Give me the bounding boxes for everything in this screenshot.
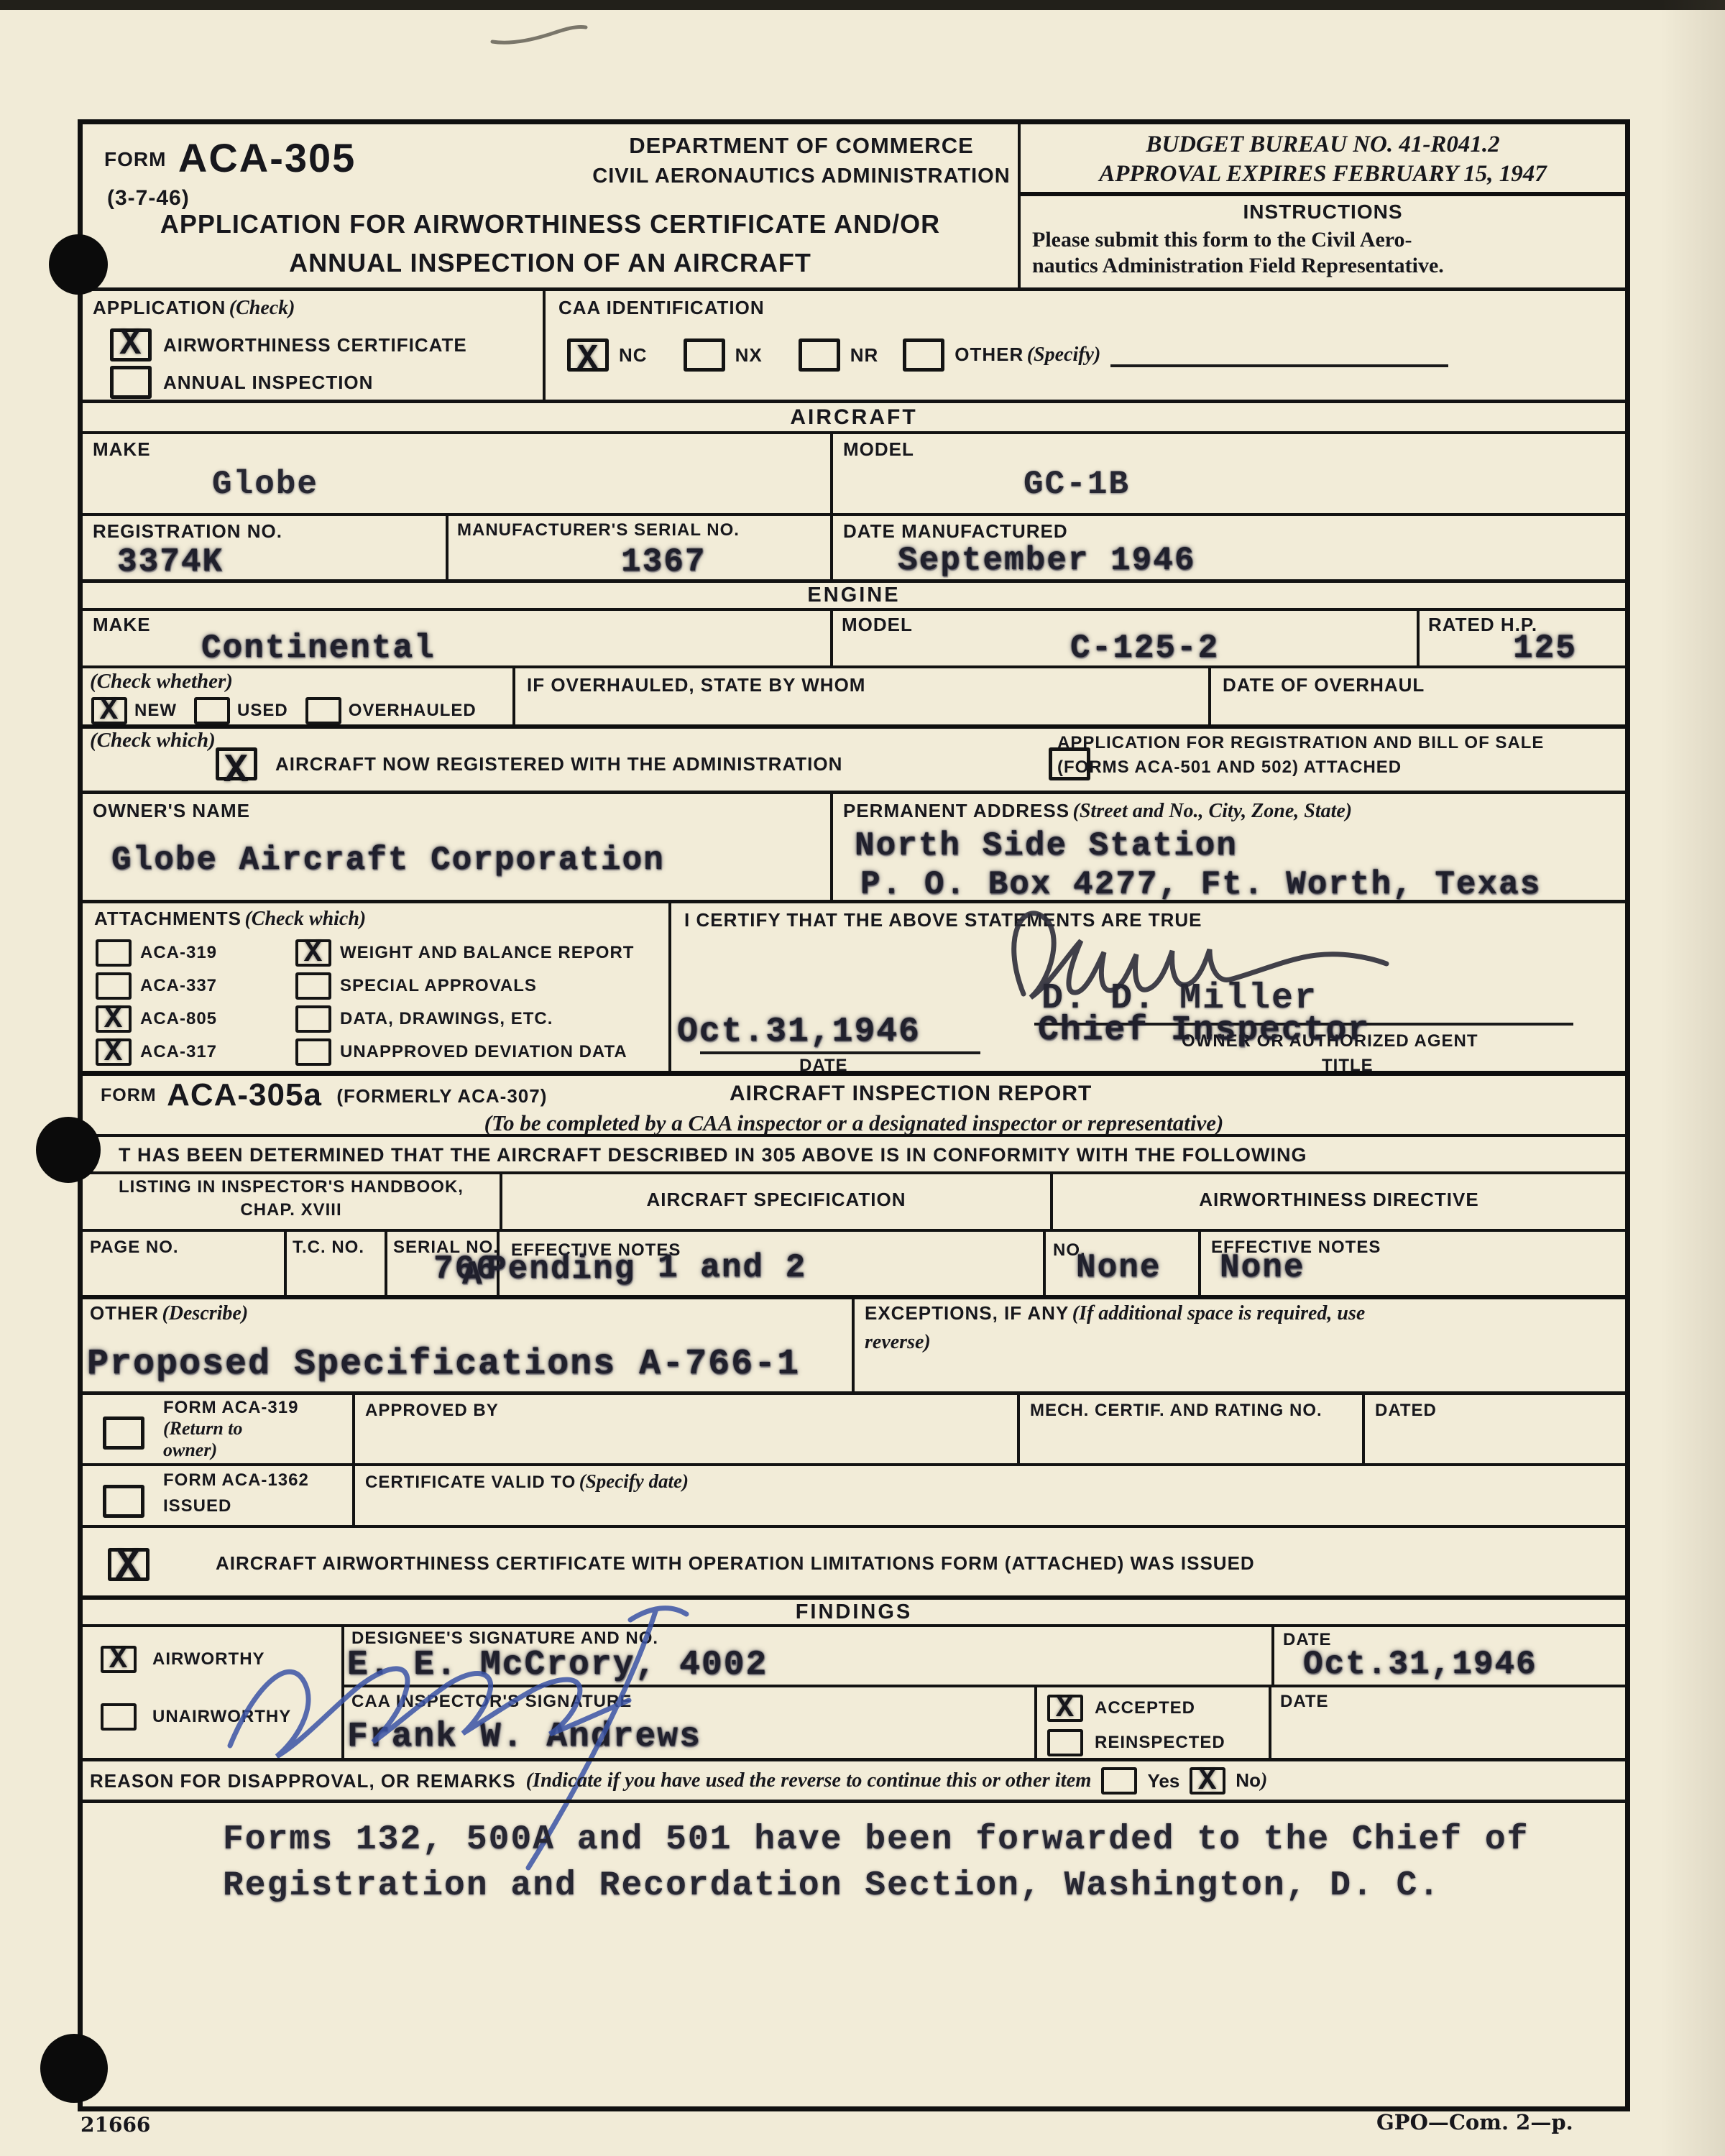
owner-name-label: OWNER'S NAME bbox=[93, 800, 250, 822]
budget-bureau-line1: BUDGET BUREAU NO. 41-R041.2 bbox=[1021, 132, 1625, 158]
header-right-cell: BUDGET BUREAU NO. 41-R041.2 APPROVAL EXP… bbox=[1018, 124, 1625, 287]
instructions-line2: nautics Administration Field Representat… bbox=[1032, 254, 1625, 278]
report-form-label: FORM bbox=[101, 1085, 157, 1105]
aircraft-model-label: MODEL bbox=[843, 438, 914, 461]
registration-no-value: 3374K bbox=[117, 543, 224, 581]
special-approvals-checkbox bbox=[295, 972, 331, 1000]
remarks-header-row: REASON FOR DISAPPROVAL, OR REMARKS (Indi… bbox=[83, 1758, 1625, 1800]
caa-inspector-name: Frank W. Andrews bbox=[347, 1718, 701, 1756]
aca-805-label: ACA-805 bbox=[140, 1009, 217, 1029]
date-manufactured-value: September 1946 bbox=[898, 542, 1195, 579]
registered-checkbox: X bbox=[216, 747, 257, 780]
caa-identification-label: CAA IDENTIFICATION bbox=[558, 297, 765, 319]
aca-319-return-note1: (Return to bbox=[163, 1418, 298, 1439]
reinspected-checkbox bbox=[1047, 1729, 1083, 1756]
weight-balance-checkbox: X bbox=[295, 939, 331, 967]
instructions-line1: Please submit this form to the Civil Aer… bbox=[1032, 228, 1625, 252]
annual-inspection-label: ANNUAL INSPECTION bbox=[163, 372, 373, 394]
caa-identification-cell: CAA IDENTIFICATION X NC NX NR OTHER (Spe… bbox=[543, 291, 1625, 400]
remarks-body: Forms 132, 500A and 501 have been forwar… bbox=[83, 1800, 1625, 2106]
engine-model-cell: MODEL C-125-2 bbox=[830, 611, 1417, 665]
footer-form-number: 21666 bbox=[80, 2113, 150, 2137]
other-checkbox bbox=[903, 338, 944, 372]
attachments-label: ATTACHMENTS bbox=[94, 908, 241, 929]
manufacturer-serial-cell: MANUFACTURER'S SERIAL NO. 1367 bbox=[446, 516, 830, 579]
aca-317-label: ACA-317 bbox=[140, 1042, 217, 1062]
findings-title: FINDINGS bbox=[796, 1600, 913, 1624]
hole-punch bbox=[49, 234, 108, 295]
directive-no-value: None bbox=[1076, 1249, 1161, 1286]
other-describe-value: Proposed Specifications A-766-1 bbox=[87, 1344, 800, 1385]
owner-name-value: Globe Aircraft Corporation bbox=[111, 842, 665, 879]
findings-band: FINDINGS bbox=[83, 1595, 1625, 1624]
handbook-values-row: PAGE NO. T.C. NO. SERIAL NO. EFFECTIVE N… bbox=[83, 1229, 1625, 1295]
remarks-close-paren: ) bbox=[1261, 1769, 1267, 1792]
form-label: FORM bbox=[104, 148, 166, 170]
department-name: DEPARTMENT OF COMMERCE bbox=[579, 133, 1024, 159]
header-left-cell: FORM ACA-305 (3-7-46) DEPARTMENT OF COMM… bbox=[83, 124, 1018, 287]
caa-inspector-row: CAA INSPECTOR'S SIGNATURE Frank W. Andre… bbox=[344, 1687, 1625, 1758]
findings-right-area: DESIGNEE'S SIGNATURE AND NO. E. E. McCro… bbox=[341, 1627, 1625, 1758]
serial-pending-overlay: Pending bbox=[487, 1250, 635, 1288]
registration-no-label: REGISTRATION NO. bbox=[93, 520, 282, 543]
engine-condition-row: (Check whether) X NEW USED OVERHAULED IF… bbox=[83, 665, 1625, 724]
accepted-checkbox: X bbox=[1047, 1695, 1083, 1722]
reinspected-label: REINSPECTED bbox=[1095, 1733, 1225, 1753]
application-cell: APPLICATION (Check) X AIRWORTHINESS CERT… bbox=[83, 291, 543, 400]
handbook-listing-line2: CHAP. XVIII bbox=[83, 1200, 500, 1220]
determination-row: T HAS BEEN DETERMINED THAT THE AIRCRAFT … bbox=[83, 1134, 1625, 1174]
findings-left-cell: X AIRWORTHY UNAIRWORTHY bbox=[83, 1627, 341, 1758]
dated-label: DATED bbox=[1375, 1401, 1437, 1421]
exceptions-note-line2: reverse) bbox=[865, 1331, 931, 1354]
other-describe-note: (Describe) bbox=[162, 1302, 248, 1325]
registration-status-row: (Check which) X AIRCRAFT NOW REGISTERED … bbox=[83, 724, 1625, 791]
aircraft-spec-label: AIRCRAFT SPECIFICATION bbox=[502, 1189, 1050, 1211]
other-describe-label: OTHER bbox=[90, 1302, 159, 1324]
engine-model-value: C-125-2 bbox=[1070, 630, 1219, 667]
aca-319-label: ACA-319 bbox=[140, 943, 217, 963]
certificate-valid-cell: CERTIFICATE VALID TO (Specify date) bbox=[352, 1466, 1625, 1525]
approved-by-label: APPROVED BY bbox=[365, 1401, 499, 1421]
weight-balance-label: WEIGHT AND BALANCE REPORT bbox=[340, 943, 634, 963]
form-title-line2: ANNUAL INSPECTION OF AN AIRCRAFT bbox=[83, 248, 1018, 278]
overhauled-by-cell: IF OVERHAULED, STATE BY WHOM bbox=[512, 668, 1208, 724]
certify-title-value: Chief Inspector bbox=[1038, 1011, 1370, 1050]
aca-337-label: ACA-337 bbox=[140, 976, 217, 996]
overhauled-by-label: IF OVERHAULED, STATE BY WHOM bbox=[527, 674, 865, 696]
serial-no-value: A bbox=[462, 1256, 484, 1294]
other-describe-cell: OTHER (Describe) Proposed Specifications… bbox=[83, 1299, 852, 1391]
engine-hp-cell: RATED H.P. 125 bbox=[1417, 611, 1625, 665]
accepted-cell: X ACCEPTED REINSPECTED bbox=[1034, 1687, 1269, 1758]
check-whether-label: (Check whether) bbox=[90, 670, 233, 694]
aircraft-make-value: Globe bbox=[212, 466, 318, 503]
engine-overhauled-checkbox bbox=[305, 697, 341, 724]
nx-checkbox bbox=[684, 338, 725, 372]
accepted-date-label: DATE bbox=[1280, 1692, 1329, 1712]
budget-bureau-box: BUDGET BUREAU NO. 41-R041.2 APPROVAL EXP… bbox=[1021, 124, 1625, 196]
handbook-listing-cell: LISTING IN INSPECTOR'S HANDBOOK, CHAP. X… bbox=[83, 1174, 500, 1229]
certificate-issued-checkbox: X bbox=[108, 1548, 149, 1581]
footer-gpo: GPO—Com. 2—p. bbox=[1376, 2110, 1573, 2134]
instructions-title: INSTRUCTIONS bbox=[1021, 201, 1625, 224]
report-form-number: ACA-305a bbox=[167, 1077, 322, 1112]
attachments-label-note: (Check which) bbox=[244, 908, 366, 930]
remarks-no-label: No bbox=[1236, 1769, 1261, 1791]
bill-of-sale-label-line1: APPLICATION FOR REGISTRATION AND BILL OF… bbox=[1057, 733, 1544, 753]
nx-label: NX bbox=[735, 344, 763, 367]
engine-make-value: Continental bbox=[201, 630, 436, 667]
aca-317-checkbox: X bbox=[96, 1038, 132, 1066]
hole-punch bbox=[40, 2034, 108, 2103]
handbook-listing-line1: LISTING IN INSPECTOR'S HANDBOOK, bbox=[83, 1177, 500, 1197]
airworthiness-certificate-label: AIRWORTHINESS CERTIFICATE bbox=[163, 334, 467, 356]
data-drawings-label: DATA, DRAWINGS, ETC. bbox=[340, 1009, 553, 1029]
engine-make-model-row: MAKE Continental MODEL C-125-2 RATED H.P… bbox=[83, 608, 1625, 665]
other-describe-row: OTHER (Describe) Proposed Specifications… bbox=[83, 1295, 1625, 1391]
directive-header-cell: AIRWORTHINESS DIRECTIVE bbox=[1050, 1174, 1625, 1229]
designee-date-value: Oct.31,1946 bbox=[1303, 1646, 1537, 1683]
exceptions-note-line1: (If additional space is required, use bbox=[1072, 1302, 1366, 1325]
certification-cell: I CERTIFY THAT THE ABOVE STATEMENTS ARE … bbox=[668, 903, 1625, 1071]
report-subtitle: (To be completed by a CAA inspector or a… bbox=[83, 1110, 1625, 1136]
inspection-report-header-row: FORM ACA-305a (FORMERLY ACA-307) AIRCRAF… bbox=[83, 1071, 1625, 1134]
airworthiness-certificate-checkbox: X bbox=[110, 328, 152, 361]
aca-319-return-row: FORM ACA-319 (Return to owner) APPROVED … bbox=[83, 1391, 1625, 1463]
aca-319-checkbox bbox=[96, 939, 132, 967]
airworthy-label: AIRWORTHY bbox=[152, 1649, 265, 1669]
date-manufactured-label: DATE MANUFACTURED bbox=[843, 520, 1068, 543]
bill-of-sale-label-line2: (FORMS ACA-501 AND 502) ATTACHED bbox=[1057, 757, 1544, 778]
application-row: APPLICATION (Check) X AIRWORTHINESS CERT… bbox=[83, 287, 1625, 400]
engine-section-title: ENGINE bbox=[807, 584, 900, 607]
mech-certif-cell: MECH. CERTIF. AND RATING NO. bbox=[1017, 1395, 1362, 1463]
overhaul-date-label: DATE OF OVERHAUL bbox=[1223, 674, 1425, 696]
deviation-data-label: UNAPPROVED DEVIATION DATA bbox=[340, 1042, 627, 1062]
pencil-squiggle bbox=[489, 20, 589, 49]
aca-1362-label2: ISSUED bbox=[163, 1496, 309, 1516]
owner-row: OWNER'S NAME Globe Aircraft Corporation … bbox=[83, 791, 1625, 900]
application-label-note: (Check) bbox=[229, 297, 295, 319]
application-label: APPLICATION bbox=[93, 297, 226, 318]
form-revision: (3-7-46) bbox=[107, 186, 190, 211]
aca-305-form: FORM ACA-305 (3-7-46) DEPARTMENT OF COMM… bbox=[78, 119, 1630, 2111]
remarks-line2: Registration and Recordation Section, Wa… bbox=[223, 1866, 1440, 1905]
aca-337-checkbox bbox=[96, 972, 132, 1000]
airworthiness-directive-label: AIRWORTHINESS DIRECTIVE bbox=[1053, 1189, 1625, 1211]
aca-319-return-cell: FORM ACA-319 (Return to owner) bbox=[83, 1395, 352, 1463]
remarks-yes-label: Yes bbox=[1147, 1770, 1179, 1792]
designee-signature-cell: DESIGNEE'S SIGNATURE AND NO. E. E. McCro… bbox=[344, 1627, 1271, 1685]
hole-punch bbox=[36, 1117, 101, 1183]
aca-319-return-checkbox bbox=[103, 1416, 144, 1450]
nc-checkbox: X bbox=[567, 338, 609, 372]
data-drawings-checkbox bbox=[295, 1005, 331, 1033]
certificate-valid-label: CERTIFICATE VALID TO bbox=[365, 1473, 576, 1492]
engine-overhauled-label: OVERHAULED bbox=[349, 701, 477, 721]
engine-new-checkbox: X bbox=[91, 697, 127, 724]
owner-name-cell: OWNER'S NAME Globe Aircraft Corporation bbox=[83, 794, 830, 900]
accepted-date-cell: DATE bbox=[1269, 1687, 1625, 1758]
remarks-yes-checkbox bbox=[1101, 1767, 1137, 1795]
handbook-header-row: LISTING IN INSPECTOR'S HANDBOOK, CHAP. X… bbox=[83, 1174, 1625, 1229]
form-number: ACA-305 bbox=[178, 135, 356, 180]
aircraft-section-title: AIRCRAFT bbox=[790, 405, 917, 430]
permanent-address-note: (Street and No., City, Zone, State) bbox=[1073, 800, 1353, 822]
directive-notes-value: None bbox=[1220, 1249, 1305, 1286]
special-approvals-label: SPECIAL APPROVALS bbox=[340, 976, 537, 996]
tc-no-cell: T.C. NO. bbox=[284, 1232, 385, 1295]
remarks-label: REASON FOR DISAPPROVAL, OR REMARKS bbox=[90, 1770, 516, 1792]
engine-section-band: ENGINE bbox=[83, 579, 1625, 608]
page-no-label: PAGE NO. bbox=[90, 1238, 179, 1258]
designee-name-value: E. E. McCrory, 4002 bbox=[347, 1646, 768, 1685]
tc-no-label: T.C. NO. bbox=[293, 1238, 364, 1258]
annual-inspection-checkbox bbox=[110, 366, 152, 399]
aircraft-section-band: AIRCRAFT bbox=[83, 400, 1625, 431]
certify-date-line bbox=[700, 1026, 980, 1054]
manufacturer-serial-value: 1367 bbox=[621, 543, 706, 581]
administration-name: CIVIL AERONAUTICS ADMINISTRATION bbox=[579, 165, 1024, 188]
exceptions-label: EXCEPTIONS, IF ANY bbox=[865, 1302, 1069, 1324]
aca-1362-label: FORM ACA-1362 bbox=[163, 1470, 309, 1491]
engine-new-label: NEW bbox=[134, 701, 177, 721]
engine-hp-value: 125 bbox=[1513, 630, 1577, 667]
address-line1-value: North Side Station bbox=[855, 827, 1238, 865]
overhaul-date-cell: DATE OF OVERHAUL bbox=[1208, 668, 1625, 724]
other-label: OTHER bbox=[954, 344, 1023, 365]
aca-319-return-label: FORM ACA-319 bbox=[163, 1398, 298, 1418]
aircraft-model-value: GC-1B bbox=[1023, 466, 1130, 503]
engine-make-cell: MAKE Continental bbox=[83, 611, 830, 665]
other-specify-line bbox=[1110, 343, 1448, 367]
findings-table: X AIRWORTHY UNAIRWORTHY DESIGNEE'S SIGNA… bbox=[83, 1624, 1625, 1758]
engine-condition-cell: (Check whether) X NEW USED OVERHAULED bbox=[83, 668, 512, 724]
approved-by-cell: APPROVED BY bbox=[352, 1395, 1017, 1463]
permanent-address-label: PERMANENT ADDRESS bbox=[843, 800, 1069, 821]
budget-bureau-line2: APPROVAL EXPIRES FEBRUARY 15, 1947 bbox=[1021, 161, 1625, 188]
attachments-cell: ATTACHMENTS (Check which) ACA-319 ACA-33… bbox=[83, 903, 668, 1071]
nc-label: NC bbox=[619, 344, 648, 367]
remarks-line1: Forms 132, 500A and 501 have been forwar… bbox=[223, 1820, 1529, 1859]
aca-1362-checkbox bbox=[103, 1485, 144, 1518]
airworthy-checkbox: X bbox=[101, 1646, 137, 1673]
registration-no-cell: REGISTRATION NO. 3374K bbox=[83, 516, 446, 579]
aircraft-registration-row: REGISTRATION NO. 3374K MANUFACTURER'S SE… bbox=[83, 513, 1625, 579]
manufacturer-serial-label: MANUFACTURER'S SERIAL NO. bbox=[457, 520, 740, 540]
aircraft-make-label: MAKE bbox=[93, 438, 151, 461]
nr-checkbox bbox=[799, 338, 840, 372]
mech-certif-label: MECH. CERTIF. AND RATING NO. bbox=[1030, 1401, 1322, 1421]
engine-used-checkbox bbox=[194, 697, 230, 724]
report-formerly: (FORMERLY ACA-307) bbox=[336, 1085, 547, 1107]
aca-319-return-note2: owner) bbox=[163, 1439, 298, 1461]
aircraft-make-model-row: MAKE Globe MODEL GC-1B bbox=[83, 431, 1625, 513]
certificate-valid-note: (Specify date) bbox=[579, 1470, 689, 1492]
determination-text: T HAS BEEN DETERMINED THAT THE AIRCRAFT … bbox=[119, 1144, 1307, 1166]
engine-used-label: USED bbox=[237, 701, 288, 721]
date-manufactured-cell: DATE MANUFACTURED September 1946 bbox=[830, 516, 1625, 579]
check-which-label: (Check which) bbox=[90, 729, 216, 752]
unairworthy-checkbox bbox=[101, 1703, 137, 1731]
deviation-data-checkbox bbox=[295, 1038, 331, 1066]
engine-model-label: MODEL bbox=[842, 614, 913, 636]
unairworthy-label: UNAIRWORTHY bbox=[152, 1707, 291, 1727]
remarks-no-checkbox: X bbox=[1190, 1767, 1225, 1795]
dated-cell: DATED bbox=[1362, 1395, 1625, 1463]
registered-label: AIRCRAFT NOW REGISTERED WITH THE ADMINIS… bbox=[275, 753, 842, 775]
caa-signature-label: CAA INSPECTOR'S SIGNATURE bbox=[351, 1692, 632, 1712]
aircraft-make-cell: MAKE Globe bbox=[83, 434, 830, 513]
owner-address-cell: PERMANENT ADDRESS (Street and No., City,… bbox=[830, 794, 1625, 900]
certificate-issued-row: X AIRCRAFT AIRWORTHINESS CERTIFICATE WIT… bbox=[83, 1525, 1625, 1595]
aca-1362-row: FORM ACA-1362 ISSUED CERTIFICATE VALID T… bbox=[83, 1463, 1625, 1525]
aircraft-spec-header-cell: AIRCRAFT SPECIFICATION bbox=[500, 1174, 1050, 1229]
aca-1362-cell: FORM ACA-1362 ISSUED bbox=[83, 1466, 352, 1525]
report-title: AIRCRAFT INSPECTION REPORT bbox=[730, 1082, 1092, 1106]
aca-805-checkbox: X bbox=[96, 1005, 132, 1033]
designee-date-cell: DATE Oct.31,1946 bbox=[1271, 1627, 1625, 1685]
instructions-box: INSTRUCTIONS Please submit this form to … bbox=[1021, 196, 1625, 287]
accepted-label: ACCEPTED bbox=[1095, 1698, 1195, 1718]
effective-notes-value: 1 and 2 bbox=[658, 1249, 806, 1286]
nr-label: NR bbox=[850, 344, 879, 367]
attachments-certify-row: ATTACHMENTS (Check which) ACA-319 ACA-33… bbox=[83, 900, 1625, 1071]
designee-row: DESIGNEE'S SIGNATURE AND NO. E. E. McCro… bbox=[344, 1627, 1625, 1687]
engine-make-label: MAKE bbox=[93, 614, 151, 636]
exceptions-cell: EXCEPTIONS, IF ANY (If additional space … bbox=[852, 1299, 1625, 1391]
certificate-issued-label: AIRCRAFT AIRWORTHINESS CERTIFICATE WITH … bbox=[216, 1552, 1255, 1575]
header-row: FORM ACA-305 (3-7-46) DEPARTMENT OF COMM… bbox=[83, 124, 1625, 287]
aircraft-model-cell: MODEL GC-1B bbox=[830, 434, 1625, 513]
form-title-line1: APPLICATION FOR AIRWORTHINESS CERTIFICAT… bbox=[83, 209, 1018, 239]
page-no-cell: PAGE NO. bbox=[83, 1232, 284, 1295]
remarks-note: (Indicate if you have used the reverse t… bbox=[526, 1769, 1092, 1792]
caa-signature-cell: CAA INSPECTOR'S SIGNATURE Frank W. Andre… bbox=[344, 1687, 1034, 1758]
other-label-note: (Specify) bbox=[1027, 344, 1101, 366]
